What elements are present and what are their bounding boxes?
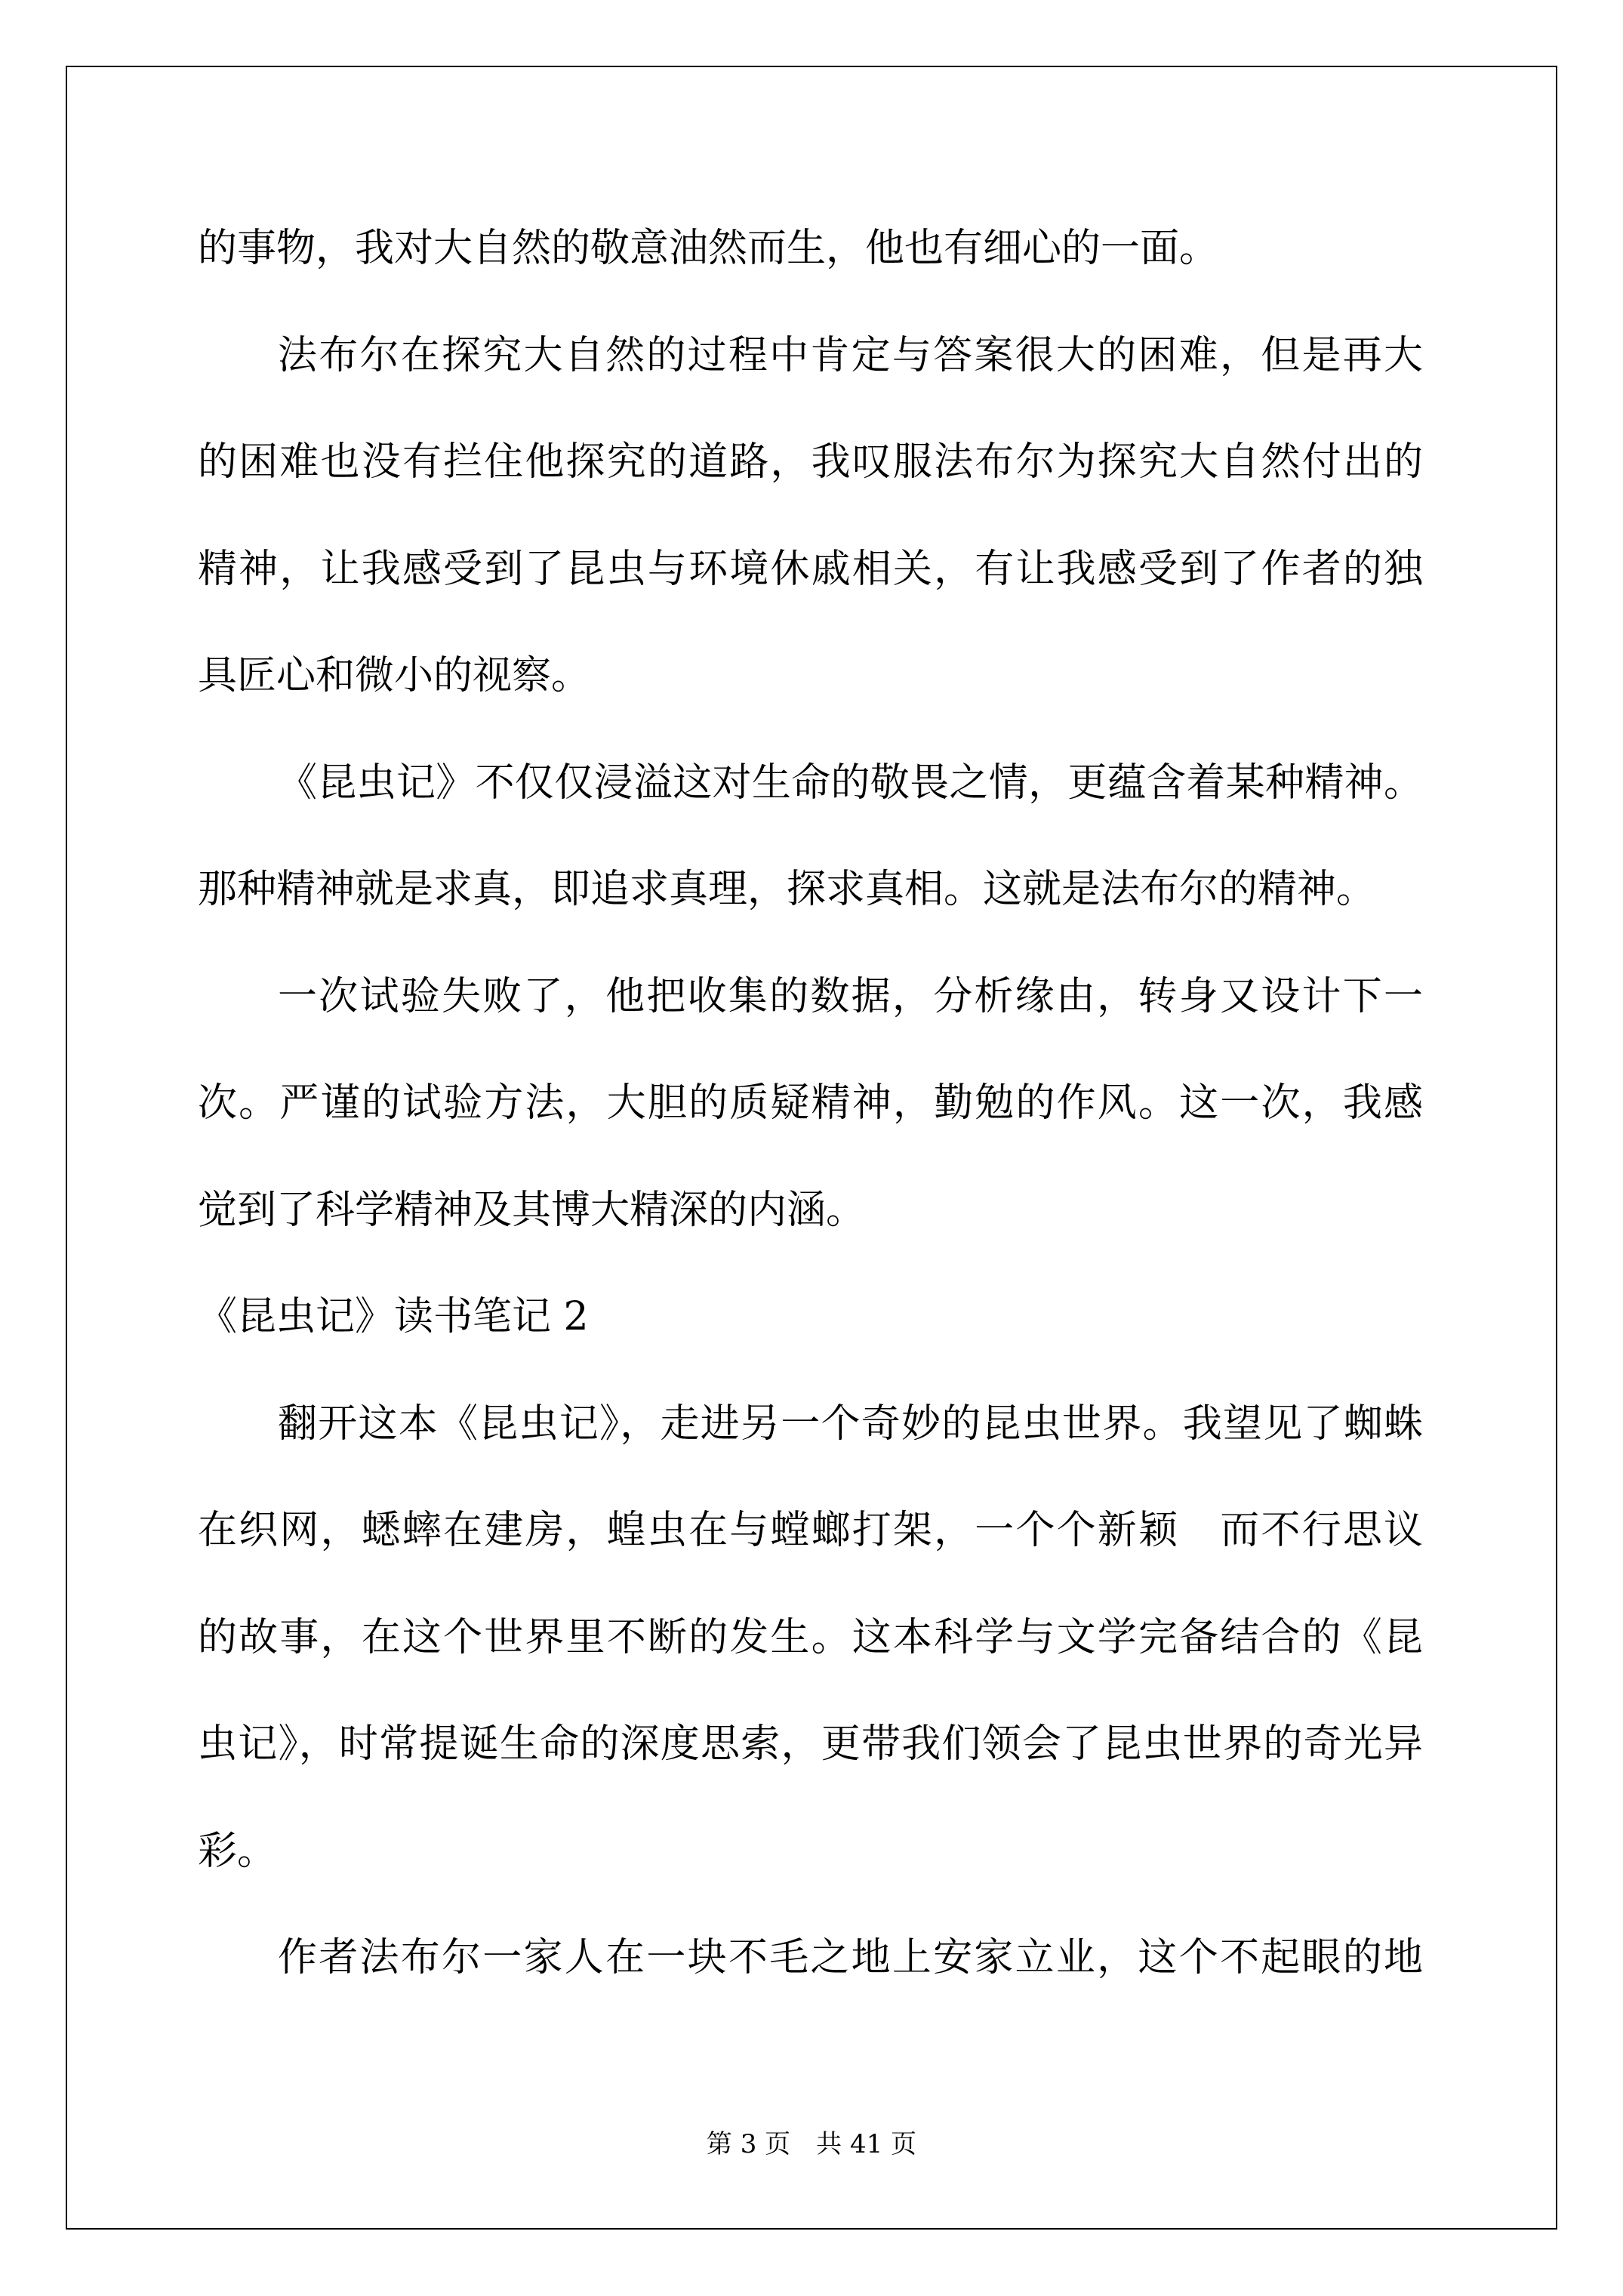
text-line: 一次试验失败了，他把收集的数据，分析缘由，转身又设计下一 <box>198 944 1423 1051</box>
text-line: 虫记》，时常提诞生命的深度思索，更带我们领会了昆虫世界的奇光异 <box>198 1691 1423 1798</box>
text-line: 的困难也没有拦住他探究的道路，我叹服法布尔为探究大自然付出的 <box>198 409 1423 516</box>
text-line: 那种精神就是求真，即追求真理，探求真相。这就是法布尔的精神。 <box>198 837 1423 944</box>
text-line: 的故事，在这个世界里不断的发生。这本科学与文学完备结合的《昆 <box>198 1585 1423 1692</box>
document-page: 的事物，我对大自然的敬意油然而生，他也有细心的一面。法布尔在探究大自然的过程中肯… <box>0 0 1623 2296</box>
text-line: 在织网，蟋蟀在建房，蝗虫在与螳螂打架，一个个新颖 而不行思议 <box>198 1478 1423 1585</box>
text-line: 具匠心和微小的视察。 <box>198 623 1423 730</box>
text-line: 彩。 <box>198 1798 1423 1906</box>
text-line: 精神，让我感受到了昆虫与环境休戚相关，有让我感受到了作者的独 <box>198 516 1423 624</box>
text-line: 的事物，我对大自然的敬意油然而生，他也有细心的一面。 <box>198 196 1423 303</box>
text-line: 觉到了科学精神及其博大精深的内涵。 <box>198 1157 1423 1265</box>
text-line: 《昆虫记》不仅仅浸溢这对生命的敬畏之情，更蕴含着某种精神。 <box>198 730 1423 837</box>
text-line: 次。严谨的试验方法，大胆的质疑精神，勤勉的作风。这一次，我感 <box>198 1050 1423 1157</box>
page-number-indicator: 第 3 页 共 41 页 <box>707 2129 916 2159</box>
document-text: 的事物，我对大自然的敬意油然而生，他也有细心的一面。法布尔在探究大自然的过程中肯… <box>198 196 1423 2012</box>
text-line: 作者法布尔一家人在一块不毛之地上安家立业，这个不起眼的地 <box>198 1905 1423 2012</box>
text-line: 翻开这本《昆虫记》，走进另一个奇妙的昆虫世界。我望见了蜘蛛 <box>198 1371 1423 1478</box>
text-line: 《昆虫记》读书笔记 2 <box>198 1264 1423 1371</box>
text-line: 法布尔在探究大自然的过程中肯定与答案很大的困难，但是再大 <box>198 303 1423 410</box>
page-footer: 第 3 页 共 41 页 <box>66 2123 1557 2160</box>
